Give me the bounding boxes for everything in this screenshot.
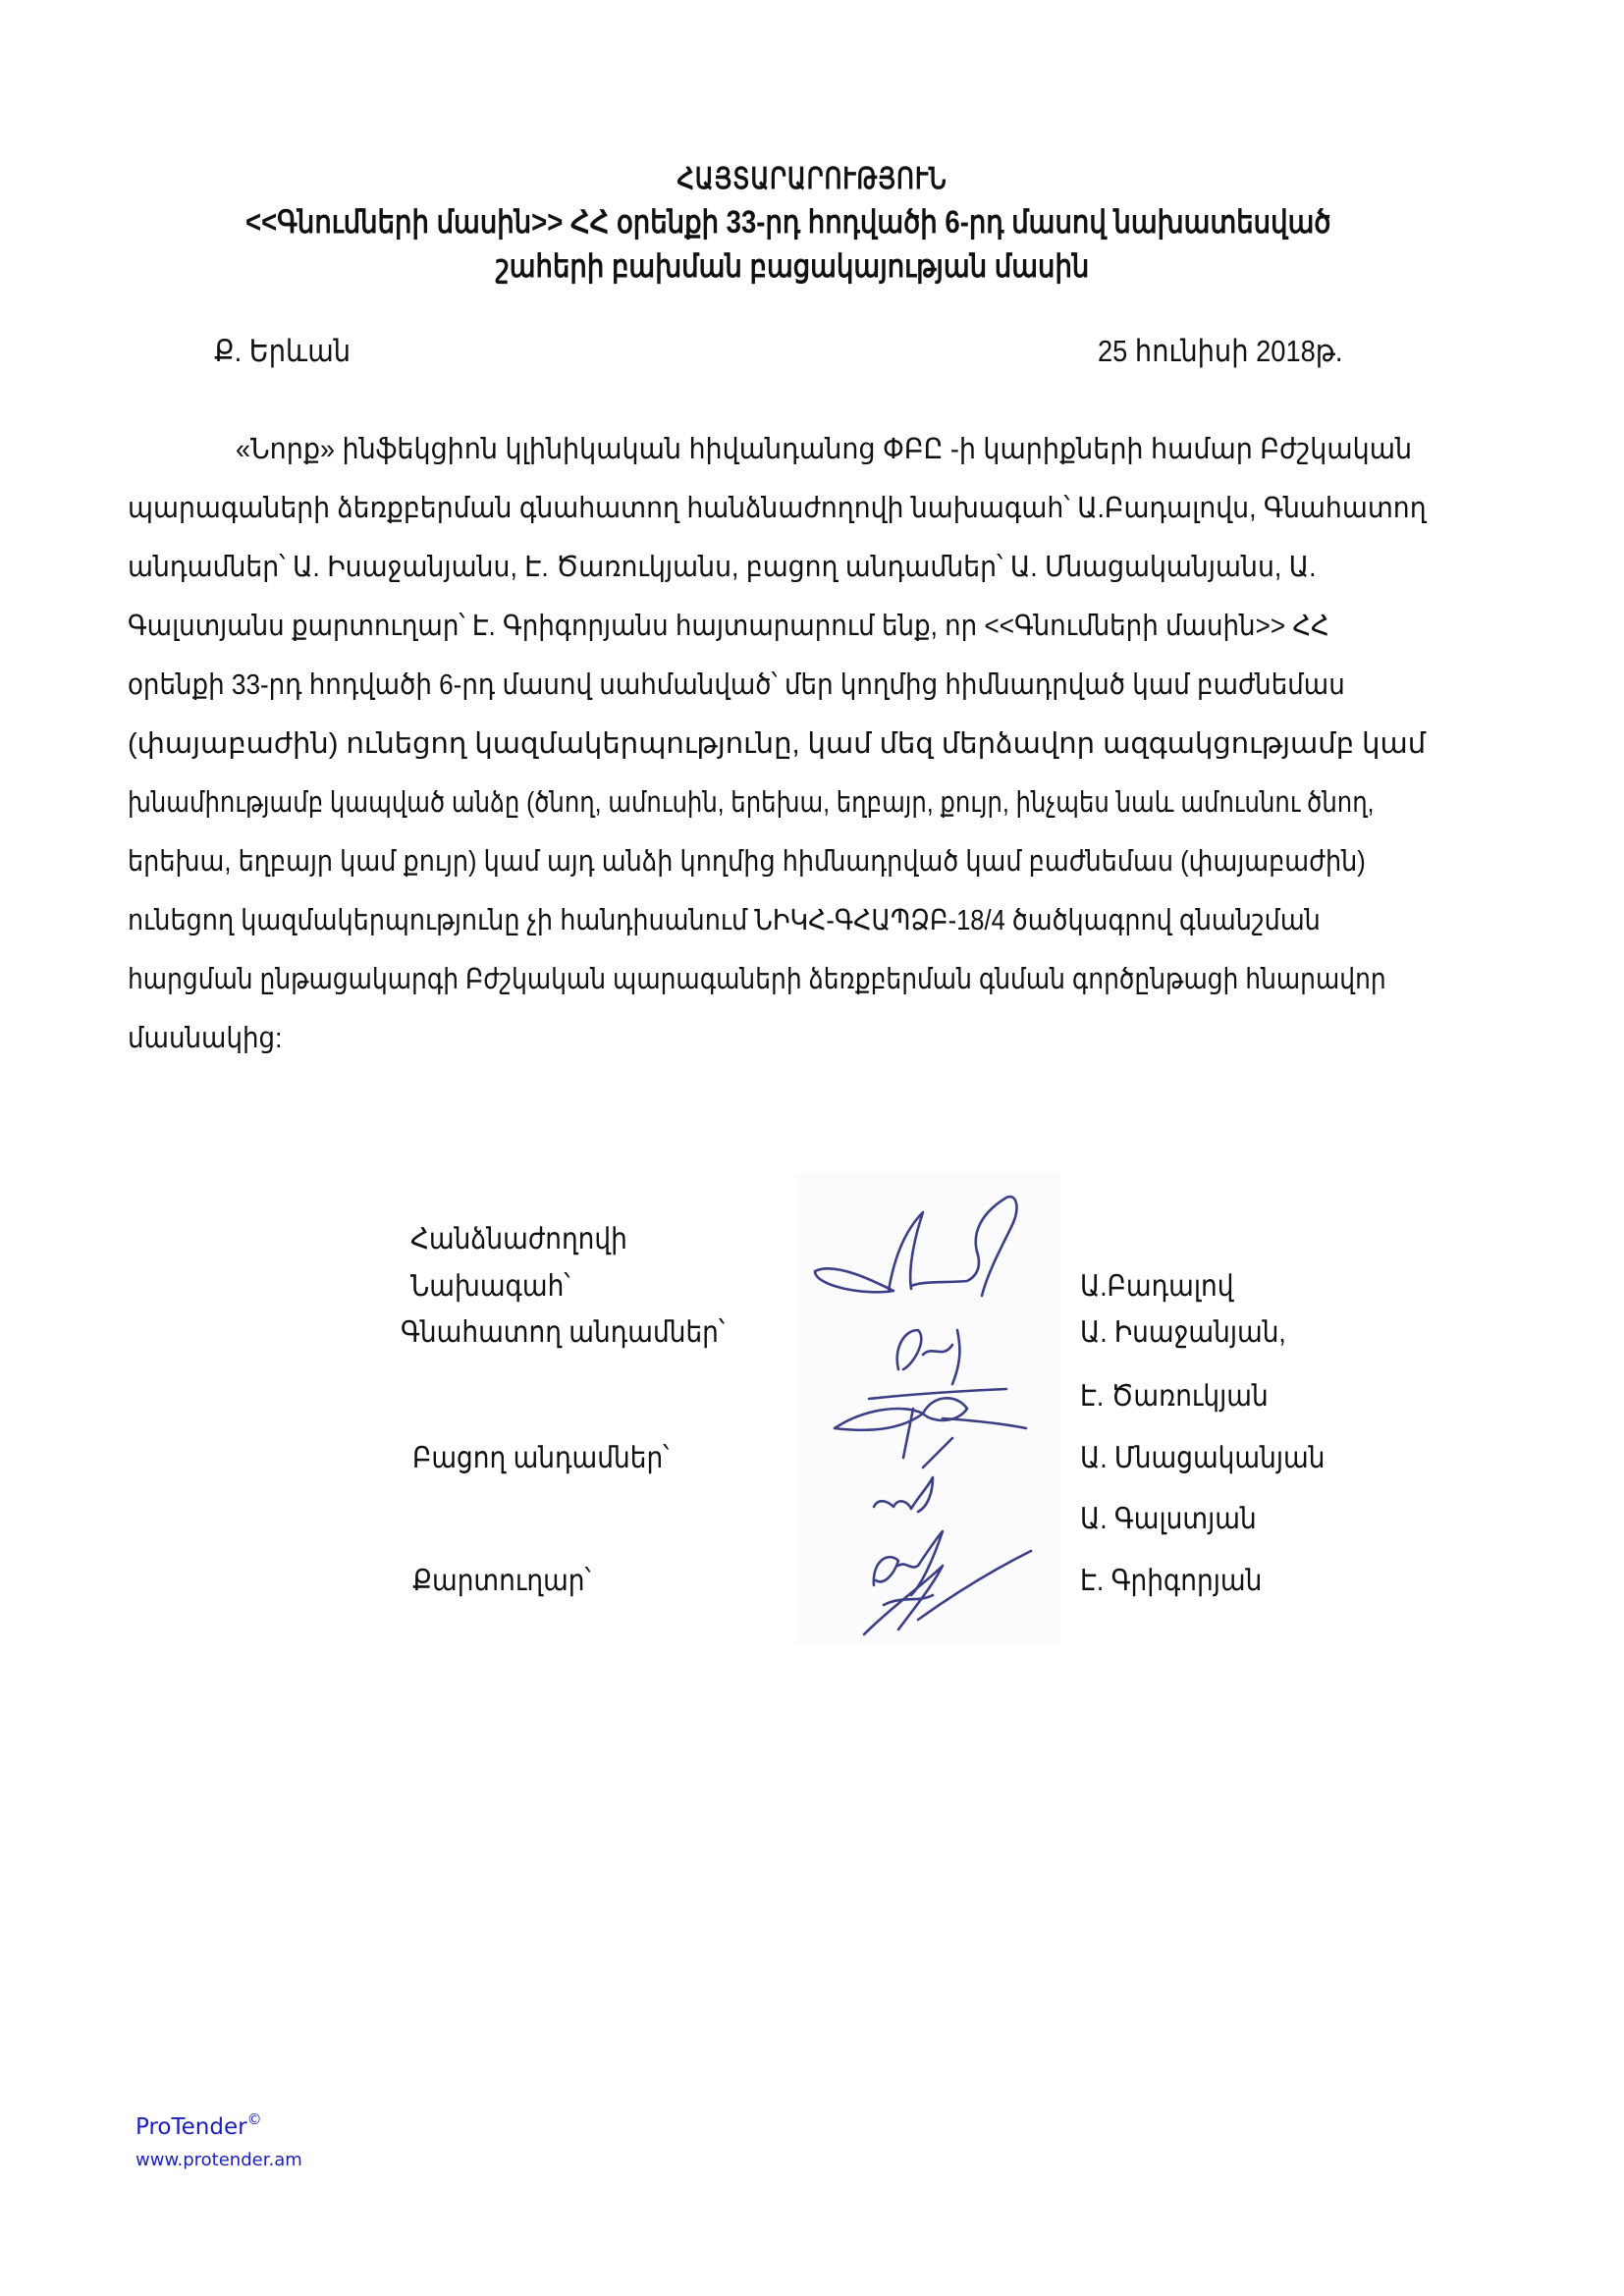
place: Ք. Երևան xyxy=(214,334,351,369)
footer-url-link[interactable]: www.protender.am xyxy=(135,2150,302,2170)
document-page: ՀԱՅՏԱՐԱՐՈՒԹՅՈՒՆ <<Գնումների մասին>> ՀՀ օ… xyxy=(0,0,1624,2296)
document-title: ՀԱՅՏԱՐԱՐՈՒԹՅՈՒՆ xyxy=(146,162,1478,196)
body-line-text: Գալստյանս քարտուղար՝ Է. Գրիգորյանս հայտա… xyxy=(128,597,1329,656)
handwritten-signatures-icon xyxy=(795,1173,1060,1644)
body-line: Գալստյանս քարտուղար՝ Է. Գրիգորյանս հայտա… xyxy=(128,597,1512,656)
body-line: ունեցող կազմակերպությունը չի հանդիսանում… xyxy=(128,891,1512,950)
body-line-text: անդամներ՝ Ա. Իսաջանյանս, Է. Ծառուկյանս, … xyxy=(128,538,1317,597)
role-openers: Բացող անդամներ՝ xyxy=(412,1441,669,1475)
signer-name: Ա. Գալստյան xyxy=(1080,1502,1257,1536)
body-line: (փայաբաժին) ունեցող կազմակերպությունը, կ… xyxy=(128,715,1512,774)
body-line-text: օրենքի 33-րդ հոդվածի 6-րդ մասով սահմանվա… xyxy=(128,656,1345,715)
footer-brand: ProTender© xyxy=(135,2110,262,2140)
role-secretary: Քարտուղար՝ xyxy=(412,1564,591,1598)
body-line: պարագաների ձեռքբերման գնահատող հանձնաժող… xyxy=(128,479,1512,538)
body-line-text: խնամիությամբ կապված անձը (ծնող, ամուսին,… xyxy=(128,774,1374,832)
signatures-scan xyxy=(795,1173,1060,1644)
body-line: խնամիությամբ կապված անձը (ծնող, ամուսին,… xyxy=(128,774,1512,832)
brand-name: ProTender xyxy=(135,2114,247,2140)
declaration-body: «Նորք» ինֆեկցիոն կլինիկական հիվանդանոց Փ… xyxy=(128,420,1512,1068)
date: 25 հունիսի 2018թ. xyxy=(1098,334,1343,369)
body-line-text: պարագաների ձեռքբերման գնահատող հանձնաժող… xyxy=(128,479,1427,538)
body-line: «Նորք» ինֆեկցիոն կլինիկական հիվանդանոց Փ… xyxy=(128,420,1512,479)
role-evaluators: Գնահատող անդամներ՝ xyxy=(401,1315,725,1350)
body-line-text: «Նորք» ինֆեկցիոն կլինիկական հիվանդանոց Փ… xyxy=(236,420,1412,479)
role-chair-line1: Հանձնաժողովի xyxy=(410,1222,627,1256)
body-line-text: ունեցող կազմակերպությունը չի հանդիսանում… xyxy=(128,891,1321,950)
body-line: հարցման ընթացակարգի Բժշկական պարագաների … xyxy=(128,950,1512,1009)
signer-name: Է. Գրիգորյան xyxy=(1080,1564,1262,1598)
copyright-icon: © xyxy=(247,2110,262,2128)
body-line: օրենքի 33-րդ հոդվածի 6-րդ մասով սահմանվա… xyxy=(128,656,1512,715)
role-chair-line2: Նախագահ՝ xyxy=(410,1269,570,1304)
body-line: մասնակից: xyxy=(128,1009,1512,1068)
body-line-text: մասնակից: xyxy=(128,1009,282,1068)
signer-name: Է. Ծառուկյան xyxy=(1080,1379,1269,1414)
signer-name: Ա.Բադալով xyxy=(1080,1269,1233,1304)
body-line: երեխա, եղբայր կամ քույր) կամ այդ անձի կո… xyxy=(128,832,1512,891)
body-line-text: (փայաբաժին) ունեցող կազմակերպությունը, կ… xyxy=(128,715,1426,774)
document-subtitle-line1: <<Գնումների մասին>> ՀՀ օրենքի 33-րդ հոդվ… xyxy=(245,203,1343,240)
signer-name: Ա. Մնացականյան xyxy=(1080,1441,1325,1475)
body-line: անդամներ՝ Ա. Իսաջանյանս, Է. Ծառուկյանս, … xyxy=(128,538,1512,597)
document-subtitle-line2: շահերի բախման բացակայության մասին xyxy=(496,247,1340,285)
signer-name: Ա. Իսաջանյան, xyxy=(1080,1315,1286,1350)
body-line-text: հարցման ընթացակարգի Բժշկական պարագաների … xyxy=(128,950,1386,1009)
body-line-text: երեխա, եղբայր կամ քույր) կամ այդ անձի կո… xyxy=(128,832,1366,891)
